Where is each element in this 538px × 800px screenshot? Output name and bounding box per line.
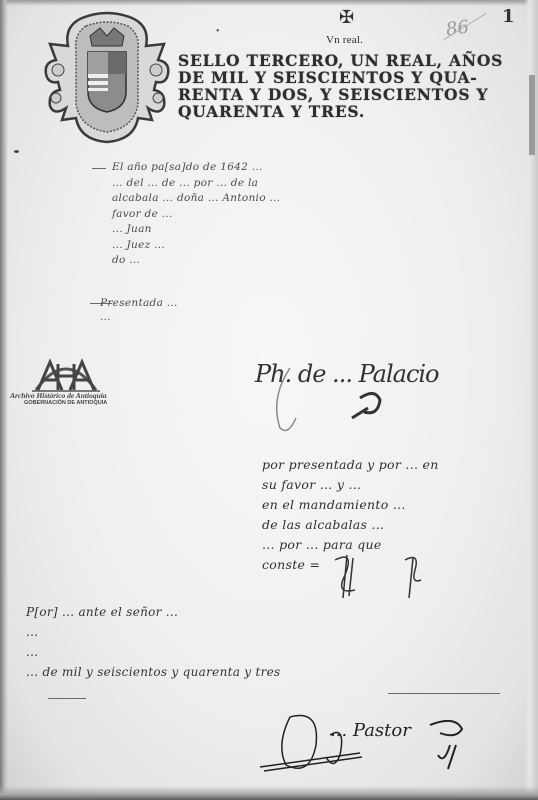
handwritten-line: ... de mil y seiscientos y quarenta y tr… (26, 662, 281, 682)
seal-heading-line: SELLO TERCERO, UN REAL, AÑOS (178, 52, 518, 69)
underline-mark (48, 698, 86, 699)
seal-heading-line: QUARENTA Y TRES. (178, 103, 518, 120)
seal-heading-line: DE MIL Y SEISCIENTOS Y QUA- (178, 69, 518, 86)
handwritten-paragraph-4: P[or] ... ante el señor ... ... ... ... … (26, 602, 281, 682)
signature-rubric-icon (250, 705, 490, 780)
handwritten-line: favor de ... (112, 207, 280, 223)
seal-value-label: Vn real. (326, 34, 363, 46)
document-page: • ✠ Vn real. 86 1 SELLO TERCERO, UN REAL… (0, 0, 538, 800)
archive-name: Archivo Histórico de Antioquia (10, 391, 107, 400)
rubric-icon (325, 550, 445, 600)
seal-heading: SELLO TERCERO, UN REAL, AÑOS DE MIL Y SE… (178, 52, 518, 120)
handwritten-line: El año pa[sa]do de 1642 ... (112, 160, 280, 176)
handwritten-paragraph-1: El año pa[sa]do de 1642 ... ... del ... … (112, 160, 280, 269)
handwritten-line: alcabala ... doña ... Antonio ... (112, 191, 280, 207)
ink-smudge (14, 150, 19, 153)
handwritten-line: su favor ... y ... (262, 475, 439, 495)
royal-crest-icon (42, 8, 172, 146)
handwritten-line: do ... (112, 253, 280, 269)
handwritten-line: ... (26, 642, 281, 662)
line-filler (388, 693, 500, 694)
archive-subtitle: GOBERNACIÓN DE ANTIOQUIA (24, 400, 107, 406)
handwritten-line: ... (100, 310, 178, 324)
handwritten-line: P[or] ... ante el señor ... (26, 602, 281, 622)
handwritten-paragraph-2: Presentada ... ... (100, 296, 178, 324)
ink-dot: • (216, 26, 220, 37)
handwritten-line: ... Juez ... (112, 238, 280, 254)
cross-ornament-icon: ✠ (339, 8, 354, 26)
folio-number: 1 (502, 6, 515, 27)
handwritten-line: ... Juan (112, 222, 280, 238)
page-edge-shadow (529, 75, 535, 155)
signature-flourish-icon (260, 358, 420, 438)
handwritten-line: Presentada ... (100, 296, 178, 310)
handwritten-line: de las alcabalas ... (262, 515, 439, 535)
page-bottom-edge (0, 786, 538, 800)
handwritten-line: ... del ... de ... por ... de la (112, 176, 280, 192)
handwritten-line: por presentada y por ... en (262, 455, 439, 475)
page-top-edge (0, 0, 538, 6)
paragraph-dash (92, 168, 106, 169)
seal-heading-line: RENTA Y DOS, Y SEISCIENTOS Y (178, 86, 518, 103)
handwritten-line: en el mandamiento ... (262, 495, 439, 515)
handwritten-line: ... (26, 622, 281, 642)
